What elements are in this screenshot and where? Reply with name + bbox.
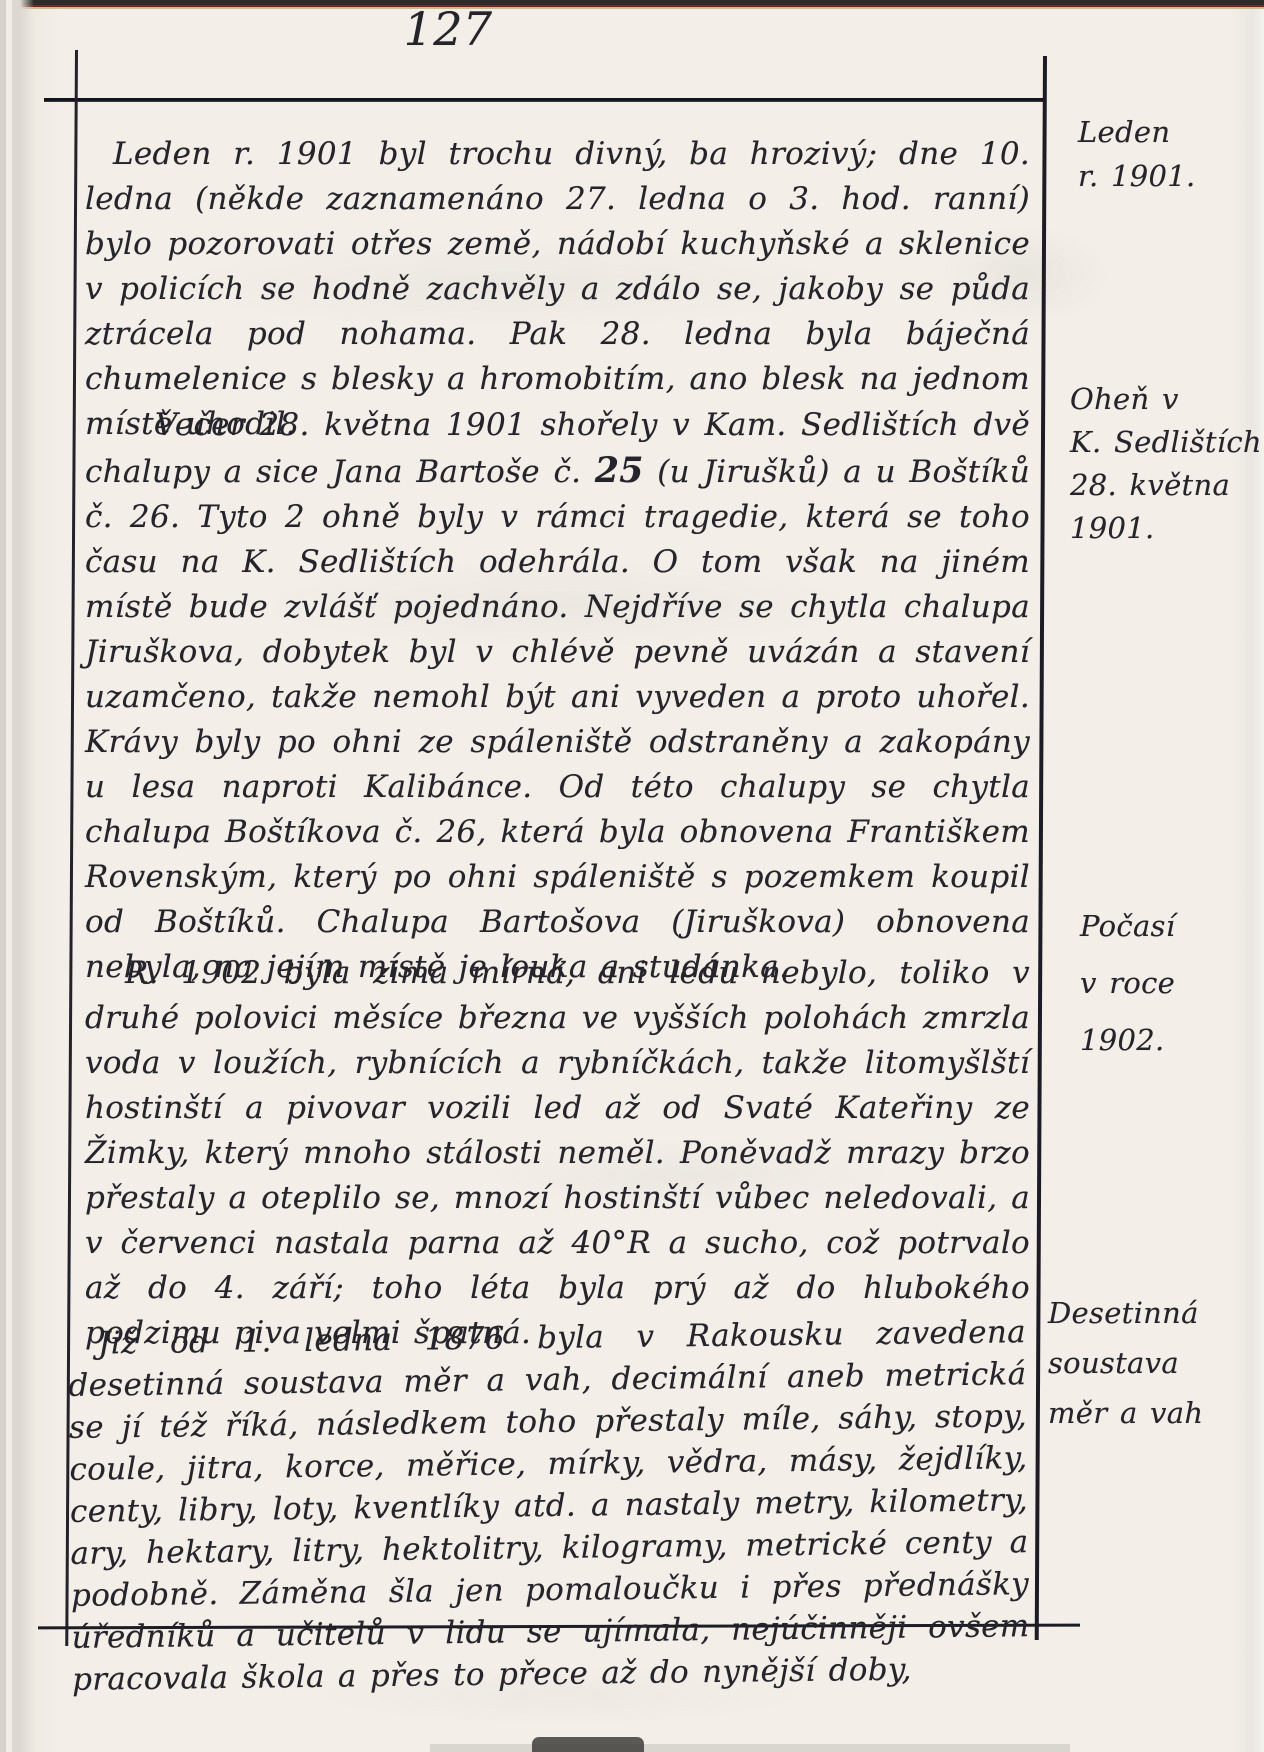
margin-note-ohen: Oheň v K. Sedlištích 28. května 1901.	[1070, 378, 1262, 550]
house-number-25: 25	[595, 450, 644, 491]
scan-smudge-bottom	[532, 1737, 644, 1752]
scan-edge-top	[0, 0, 1264, 9]
paragraph-leden-1901: Leden r. 1901 byl trochu divný, ba hrozi…	[85, 132, 1030, 447]
top-rule-line	[44, 98, 1046, 102]
paragraph-ohen-post: (u Jirušků) a u Boštíků č. 26. Tyto 2 oh…	[85, 454, 1030, 985]
paragraph-ohen: Večer 28. května 1901 shořely v Kam. Sed…	[85, 403, 1030, 990]
right-margin-rule	[1035, 56, 1047, 1640]
margin-note-leden-1901: Leden r. 1901.	[1078, 110, 1196, 198]
paragraph-pocasi-1902: R. 1902 byla zima mírná, ani ledu nebylo…	[85, 951, 1030, 1356]
scan-edge-bottom-band	[430, 1744, 1070, 1752]
margin-note-desetinna: Desetinná soustava měr a vah	[1048, 1288, 1203, 1438]
page-number: 127	[388, 2, 508, 56]
scan-edge-left	[0, 0, 34, 1752]
chronicle-scanned-page: 127 Leden r. 1901 byl trochu divný, ba h…	[0, 0, 1264, 1752]
margin-note-pocasi-1902: Počasí v roce 1902.	[1080, 898, 1175, 1069]
paragraph-desetinna-soustava: Již od 1. ledna 1876 byla v Rakousku zav…	[68, 1311, 1031, 1701]
